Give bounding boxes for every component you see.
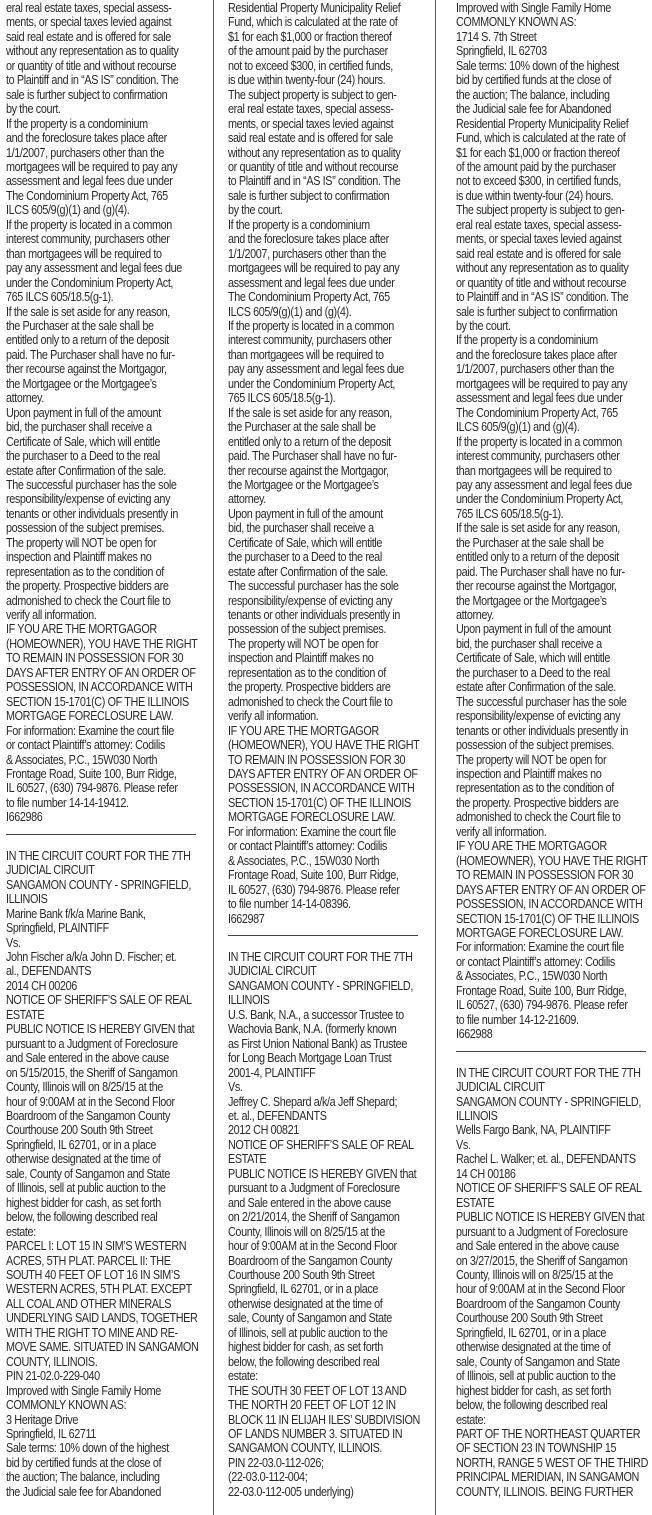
notice-line: County, Illinois will on 8/25/15 at the <box>6 1080 176 1094</box>
notice-line: below, the following described real <box>6 1210 176 1224</box>
notice-line: assessment and legal fees due under <box>456 391 619 405</box>
notice-line: mortgagees will be required to pay any <box>228 261 401 275</box>
notice-line: Frontage Road, Suite 100, Burr Ridge, <box>456 984 619 998</box>
notice-line: 1/1/2007, purchasers other than the <box>456 362 619 376</box>
notice-line: (HOMEOWNER), YOU HAVE THE RIGHT <box>228 738 401 752</box>
notice-line: ESTATE <box>228 1152 401 1166</box>
notice-line: WESTERN ACRES, 5TH PLAT. EXCEPT <box>6 1282 176 1296</box>
notice-line: Residential Property Municipality Relief <box>228 1 401 15</box>
notice-line: DAYS AFTER ENTRY OF AN ORDER OF <box>228 767 401 781</box>
notice-line: under the Condominium Property Act, <box>6 276 176 290</box>
notice-line: to file number 14-14-08396. <box>228 897 401 911</box>
notice-line: MORTGAGE FORECLOSURE LAW. <box>6 709 176 723</box>
notice-line: possession of the subject premises. <box>228 622 401 636</box>
notice-line: Boardroom of the Sangamon County <box>228 1254 401 1268</box>
notice-line: representation as to the condition of <box>228 666 401 680</box>
notice-line: & Associates, P.C., 15W030 North <box>456 969 619 983</box>
notice-line: ments, or special taxes levied against <box>228 117 401 131</box>
notice-line: IL 60527, (630) 794-9876. Please refer <box>456 998 619 1012</box>
notice-line: sale is further subject to confirmation <box>6 88 176 102</box>
notice-line: For information: Examine the court file <box>456 940 619 954</box>
notice-line: JUDICIAL CIRCUIT <box>456 1080 619 1094</box>
notice-line: If the property is a condominium <box>228 218 401 232</box>
notice-line: paid. The Purchaser shall have no fur- <box>456 565 619 579</box>
notice-line: Frontage Road, Suite 100, Burr Ridge, <box>228 868 401 882</box>
notice-line: highest bidder for cash, as set forth <box>456 1384 619 1398</box>
notice-line: verify all information. <box>456 825 619 839</box>
notice-line: THE SOUTH 30 FEET OF LOT 13 AND <box>228 1384 401 1398</box>
notice-line: hour of 9:00AM at in the Second Floor <box>228 1239 401 1253</box>
notice-line: If the sale is set aside for any reason, <box>456 521 619 535</box>
notice-line: The property will NOT be open for <box>6 536 176 550</box>
notice-line: the purchaser to a Deed to the real <box>6 449 176 463</box>
notice-line: pay any assessment and legal fees due <box>6 261 176 275</box>
notice-line: U.S. Bank, N.A., a successor Trustee to <box>228 1008 401 1022</box>
notice-line: ESTATE <box>6 1008 176 1022</box>
notice-line: The Condominium Property Act, 765 <box>228 290 401 304</box>
notice-line: tenants or other individuals presently i… <box>228 608 401 622</box>
notice-line: and the foreclosure takes place after <box>228 232 401 246</box>
notice-line: I662986 <box>6 810 176 824</box>
notice-line: to Plaintiff and in “AS IS” condition. T… <box>456 290 619 304</box>
notice-line: SECTION 15-1701(C) OF THE ILLINOIS <box>228 796 401 810</box>
notice-line: IF YOU ARE THE MORTGAGOR <box>6 622 176 636</box>
notice-line: THE NORTH 20 FEET OF LOT 12 IN <box>228 1398 401 1412</box>
notice-line: below, the following described real <box>228 1355 401 1369</box>
notice-line: otherwise designated at the time of <box>228 1297 401 1311</box>
notice-line: and the foreclosure takes place after <box>6 131 176 145</box>
notice-line: pursuant to a Judgment of Foreclosure <box>456 1225 619 1239</box>
notice-line: Springfield, PLAINTIFF <box>6 921 176 935</box>
notice-line: verify all information. <box>228 709 401 723</box>
notice-line: the Purchaser at the sale shall be <box>456 536 619 550</box>
notice-line: SANGAMON COUNTY, ILLINOIS. <box>228 1441 401 1455</box>
notice-line: pursuant to a Judgment of Foreclosure <box>228 1181 401 1195</box>
notice-line: the property. Prospective bidders are <box>228 680 401 694</box>
notice-line: or quantity of title and without recours… <box>228 160 401 174</box>
notice-line: IL 60527, (630) 794-9876. Please refer <box>6 781 176 795</box>
notice-line: estate after Confirmation of the sale. <box>6 464 176 478</box>
notice-line: possession of the subject premises. <box>6 521 176 535</box>
notice-line: on 5/15/2015, the Sheriff of Sangamon <box>6 1066 176 1080</box>
notice-line: the Mortgagee or the Mortgagee’s <box>228 478 401 492</box>
notice-line: paid. The Purchaser shall have no fur- <box>6 348 176 362</box>
notice-line: ther recourse against the Mortgagor, <box>6 362 176 376</box>
notice-line: POSSESSION, IN ACCORDANCE WITH <box>6 680 176 694</box>
notice-line: PARCEL I: LOT 15 IN SIM’S WESTERN <box>6 1239 176 1253</box>
notice-line: 2014 CH 00206 <box>6 979 176 993</box>
notice-line: pay any assessment and legal fees due <box>228 362 401 376</box>
notice-line: Vs. <box>228 1080 401 1094</box>
notice-line: OF LANDS NUMBER 3. SITUATED IN <box>228 1427 401 1441</box>
notice-line: Improved with Single Family Home <box>6 1384 176 1398</box>
notice-line: estate: <box>228 1369 401 1383</box>
notice-line: or contact Plaintiff’s attorney: Codilis <box>6 738 176 752</box>
notice-separator-rule <box>228 935 418 936</box>
notice-line: COMMONLY KNOWN AS: <box>6 1398 176 1412</box>
notice-line: The successful purchaser has the sole <box>456 695 619 709</box>
notice-line: The Condominium Property Act, 765 <box>6 189 176 203</box>
notice-line: For information: Examine the court file <box>228 825 401 839</box>
notice-line: The subject property is subject to gen- <box>228 88 401 102</box>
notice-line: SOUTH 40 FEET OF LOT 16 IN SIM’S <box>6 1268 176 1282</box>
notice-line: I662988 <box>456 1027 619 1041</box>
notice-line: SANGAMON COUNTY - SPRINGFIELD, <box>228 979 401 993</box>
notice-line: PRINCIPAL MERIDIAN, IN SANGAMON <box>456 1470 619 1484</box>
notice-line: IN THE CIRCUIT COURT FOR THE 7TH <box>456 1066 619 1080</box>
notice-line: Courthouse 200 South 9th Street <box>456 1311 619 1325</box>
notice-line: & Associates, P.C., 15W030 North <box>6 753 176 767</box>
notice-line: WITH THE RIGHT TO MINE AND RE- <box>6 1326 176 1340</box>
notice-line: entitled only to a return of the deposit <box>228 435 401 449</box>
notice-line: the property. Prospective bidders are <box>6 579 176 593</box>
notice-line: of Illinois, sell at public auction to t… <box>6 1181 176 1195</box>
notice-line: Wells Fargo Bank, NA, PLAINTIFF <box>456 1123 619 1137</box>
notice-line: IN THE CIRCUIT COURT FOR THE 7TH <box>228 950 401 964</box>
notice-line: mortgagees will be required to pay any <box>6 160 176 174</box>
notice-line: COUNTY, ILLINOIS. BEING FURTHER <box>456 1485 619 1499</box>
notice-line: to Plaintiff and in “AS IS” condition. T… <box>6 73 176 87</box>
notice-line: responsibility/expense of evicting any <box>6 492 176 506</box>
notice-line: al., DEFENDANTS <box>6 964 176 978</box>
notice-line: ILCS 605/9(g)(1) and (g)(4). <box>456 420 619 434</box>
notice-line: If the property is located in a common <box>456 435 619 449</box>
notice-line: highest bidder for cash, as set forth <box>6 1196 176 1210</box>
notice-line: possession of the subject premises. <box>456 738 619 752</box>
notice-line: (HOMEOWNER), YOU HAVE THE RIGHT <box>6 637 176 651</box>
notice-line: IF YOU ARE THE MORTGAGOR <box>228 724 401 738</box>
notice-line: NORTH, RANGE 5 WEST OF THE THIRD <box>456 1456 619 1470</box>
notice-line: COMMONLY KNOWN AS: <box>456 15 619 29</box>
notice-line: for Long Beach Mortgage Loan Trust <box>228 1051 401 1065</box>
notice-line: paid. The Purchaser shall have no fur- <box>228 449 401 463</box>
notice-line: entitled only to a return of the deposit <box>6 333 176 347</box>
notice-line: PIN 21-02.0-229-040 <box>6 1369 176 1383</box>
notice-line: the purchaser to a Deed to the real <box>228 550 401 564</box>
legal-notices-page: eral real estate taxes, special assess-m… <box>0 0 652 1515</box>
notice-line: SANGAMON COUNTY - SPRINGFIELD, <box>6 878 176 892</box>
notice-line: ments, or special taxes levied against <box>6 15 176 29</box>
notice-line: Springfield, IL 62711 <box>6 1427 176 1441</box>
notice-line: is due within twenty-four (24) hours. <box>456 189 619 203</box>
column-3: Improved with Single Family HomeCOMMONLY… <box>435 0 652 1515</box>
notice-line: assessment and legal fees due under <box>228 276 401 290</box>
notice-line: IN THE CIRCUIT COURT FOR THE 7TH <box>6 849 176 863</box>
notice-line: Rachel L. Walker; et. al., DEFENDANTS <box>456 1152 619 1166</box>
notice-line: John Fischer a/k/a John D. Fischer; et. <box>6 950 176 964</box>
notice-line: tenants or other individuals presently i… <box>6 507 176 521</box>
notice-line: pursuant to a Judgment of Foreclosure <box>6 1037 176 1051</box>
notice-line: ALL COAL AND OTHER MINERALS <box>6 1297 176 1311</box>
notice-line: of the amount paid by the purchaser <box>228 44 401 58</box>
notice-line: Upon payment in full of the amount <box>228 507 401 521</box>
notice-line: bid by certified funds at the close of <box>6 1456 176 1470</box>
notice-line: sale is further subject to confirmation <box>228 189 401 203</box>
notice-line: the auction; The balance, including <box>6 1470 176 1484</box>
notice-line: Courthouse 200 South 9th Street <box>6 1123 176 1137</box>
notice-line: representation as to the condition of <box>456 781 619 795</box>
notice-line: assessment and legal fees due under <box>6 174 176 188</box>
notice-line: highest bidder for cash, as set forth <box>228 1340 401 1354</box>
notice-line: SECTION 15-1701(C) OF THE ILLINOIS <box>456 912 619 926</box>
notice-line: and Sale entered in the above cause <box>456 1239 619 1253</box>
notice-line: admonished to check the Court file to <box>6 594 176 608</box>
notice-line: representation as to the condition of <box>6 565 176 579</box>
notice-line: to file number 14-14-19412. <box>6 796 176 810</box>
notice-line: NOTICE OF SHERIFF’S SALE OF REAL <box>456 1181 619 1195</box>
notice-line: 1/1/2007, purchasers other than the <box>228 247 401 261</box>
notice-line: Jeffrey C. Shepard a/k/a Jeff Shepard; <box>228 1095 401 1109</box>
notice-line: on 2/21/2014, the Sheriff of Sangamon <box>228 1210 401 1224</box>
notice-line: and Sale entered in the above cause <box>228 1196 401 1210</box>
notice-line: eral real estate taxes, special assess- <box>456 218 619 232</box>
notice-line: 765 ILCS 605/18.5(g-1). <box>456 507 619 521</box>
notice-line: of the amount paid by the purchaser <box>456 160 619 174</box>
notice-line: ILLINOIS <box>456 1109 619 1123</box>
notice-line: by the court. <box>456 319 619 333</box>
notice-line: Fund, which is calculated at the rate of <box>228 15 401 29</box>
notice-line: PUBLIC NOTICE IS HEREBY GIVEN that <box>456 1210 619 1224</box>
notice-line: sale, County of Sangamon and State <box>456 1355 619 1369</box>
notice-line: Residential Property Municipality Relief <box>456 117 619 131</box>
notice-line: attorney. <box>6 391 176 405</box>
notice-line: The successful purchaser has the sole <box>6 478 176 492</box>
notice-line: ments, or special taxes levied against <box>456 232 619 246</box>
notice-line: 1714 S. 7th Street <box>456 30 619 44</box>
notice-text-block: Residential Property Municipality Relief… <box>228 1 429 926</box>
notice-line: County, Illinois will on 8/25/15 at the <box>456 1268 619 1282</box>
notice-line: said real estate and is offered for sale <box>228 131 401 145</box>
notice-line: below, the following described real <box>456 1398 619 1412</box>
notice-line: The successful purchaser has the sole <box>228 579 401 593</box>
notice-line: POSSESSION, IN ACCORDANCE WITH <box>456 897 619 911</box>
notice-line: said real estate and is offered for sale <box>456 247 619 261</box>
notice-line: the Purchaser at the sale shall be <box>228 420 401 434</box>
notice-text-block: eral real estate taxes, special assess-m… <box>6 1 204 825</box>
notice-line: NOTICE OF SHERIFF’S SALE OF REAL <box>6 993 176 1007</box>
notice-line: verify all information. <box>6 608 176 622</box>
notice-line: DAYS AFTER ENTRY OF AN ORDER OF <box>6 666 176 680</box>
notice-line: IL 60527, (630) 794-9876. Please refer <box>228 883 401 897</box>
notice-line: otherwise designated at the time of <box>6 1152 176 1166</box>
notice-line: inspection and Plaintiff makes no <box>6 550 176 564</box>
notice-line: The subject property is subject to gen- <box>456 203 619 217</box>
notice-line: the Judicial sale fee for Abandoned <box>456 102 619 116</box>
notice-line: County, Illinois will on 8/25/15 at the <box>228 1225 401 1239</box>
notice-line: bid, the purchaser shall receive a <box>6 420 176 434</box>
notice-line: estate: <box>456 1413 619 1427</box>
notice-line: by the court. <box>6 102 176 116</box>
notice-line: than mortgagees will be required to <box>6 247 176 261</box>
notice-line: or contact Plaintiff’s attorney: Codilis <box>456 955 619 969</box>
notice-line: TO REMAIN IN POSSESSION FOR 30 <box>228 753 401 767</box>
notice-line: 765 ILCS 605/18.5(g-1). <box>228 391 401 405</box>
notice-line: Wachovia Bank, N.A. (formerly known <box>228 1022 401 1036</box>
notice-line: ACRES, 5TH PLAT. PARCEL II: THE <box>6 1254 176 1268</box>
notice-text-block: IN THE CIRCUIT COURT FOR THE 7THJUDICIAL… <box>6 849 204 1499</box>
notice-line: to Plaintiff and in “AS IS” condition. T… <box>228 174 401 188</box>
notice-line: UNDERLYING SAID LANDS, TOGETHER <box>6 1311 176 1325</box>
notice-line: under the Condominium Property Act, <box>228 377 401 391</box>
notice-line: MOVE SAME. SITUATED IN SANGAMON <box>6 1340 176 1354</box>
notice-line: the Mortgagee or the Mortgagee’s <box>6 377 176 391</box>
notice-line: the Purchaser at the sale shall be <box>6 319 176 333</box>
notice-line: PIN 22-03.0-112-026; <box>228 1456 401 1470</box>
notice-line: Boardroom of the Sangamon County <box>456 1297 619 1311</box>
notice-line: by the court. <box>228 203 401 217</box>
notice-line: the auction; The balance, including <box>456 88 619 102</box>
notice-line: otherwise designated at the time of <box>456 1340 619 1354</box>
notice-line: hour of 9:00AM at in the Second Floor <box>456 1282 619 1296</box>
notice-line: 1/1/2007, purchasers other than the <box>6 146 176 160</box>
notice-line: BLOCK 11 IN ELIJAH ILES’ SUBDIVISION <box>228 1413 401 1427</box>
notice-line: to file number 14-12-21609. <box>456 1013 619 1027</box>
notice-line: Improved with Single Family Home <box>456 1 619 15</box>
notice-line: without any representation as to quality <box>456 261 619 275</box>
notice-line: SECTION 15-1701(C) OF THE ILLINOIS <box>6 695 176 709</box>
notice-line: Sale terms: 10% down of the highest <box>456 59 619 73</box>
notice-line: If the property is a condominium <box>6 117 176 131</box>
notice-line: mortgagees will be required to pay any <box>456 377 619 391</box>
notice-line: The property will NOT be open for <box>456 753 619 767</box>
notice-line: Certificate of Sale, which will entitle <box>6 435 176 449</box>
notice-text-block: IN THE CIRCUIT COURT FOR THE 7THJUDICIAL… <box>228 950 429 1499</box>
notice-line: ther recourse against the Mortgagor, <box>228 464 401 478</box>
notice-line: Sale terms: 10% down of the highest <box>6 1441 176 1455</box>
notice-line: Marine Bank f/k/a Marine Bank, <box>6 907 176 921</box>
notice-line: 2012 CH 00821 <box>228 1123 401 1137</box>
notice-line: estate: <box>6 1225 176 1239</box>
notice-line: If the property is a condominium <box>456 333 619 347</box>
notice-line: If the sale is set aside for any reason, <box>6 305 176 319</box>
notice-line: Courthouse 200 South 9th Street <box>228 1268 401 1282</box>
notice-line: PUBLIC NOTICE IS HEREBY GIVEN that <box>6 1022 176 1036</box>
notice-line: or quantity of title and without recours… <box>6 59 176 73</box>
column-1: eral real estate taxes, special assess-m… <box>0 0 212 1515</box>
notice-line: than mortgagees will be required to <box>456 464 619 478</box>
notice-line: Boardroom of the Sangamon County <box>6 1109 176 1123</box>
notice-line: pay any assessment and legal fees due <box>456 478 619 492</box>
notice-line: or quantity of title and without recours… <box>456 276 619 290</box>
notice-line: the property. Prospective bidders are <box>456 796 619 810</box>
notice-line: et. al., DEFENDANTS <box>228 1109 401 1123</box>
notice-line: sale, County of Sangamon and State <box>6 1167 176 1181</box>
notice-line: without any representation as to quality <box>228 146 401 160</box>
notice-line: tenants or other individuals presently i… <box>456 724 619 738</box>
notice-line: POSSESSION, IN ACCORDANCE WITH <box>228 781 401 795</box>
notice-text-block: IN THE CIRCUIT COURT FOR THE 7THJUDICIAL… <box>456 1066 646 1500</box>
notice-line: ILLINOIS <box>228 993 401 1007</box>
notice-line: Vs. <box>456 1138 619 1152</box>
notice-line: and Sale entered in the above cause <box>6 1051 176 1065</box>
notice-line: and the foreclosure takes place after <box>456 348 619 362</box>
notice-line: entitled only to a return of the deposit <box>456 550 619 564</box>
notice-line: estate after Confirmation of the sale. <box>228 565 401 579</box>
notice-line: Certificate of Sale, which will entitle <box>228 536 401 550</box>
notice-line: If the sale is set aside for any reason, <box>228 406 401 420</box>
notice-line: the purchaser to a Deed to the real <box>456 666 619 680</box>
notice-line: not to exceed $300, in certified funds, <box>456 174 619 188</box>
notice-line: eral real estate taxes, special assess- <box>228 102 401 116</box>
notice-line: the Mortgagee or the Mortgagee’s <box>456 594 619 608</box>
notice-line: Frontage Road, Suite 100, Burr Ridge, <box>6 767 176 781</box>
notice-line: responsibility/expense of evicting any <box>456 709 619 723</box>
notice-line: Fund, which is calculated at the rate of <box>456 131 619 145</box>
notice-line: attorney. <box>228 492 401 506</box>
notice-line: of Illinois, sell at public auction to t… <box>456 1369 619 1383</box>
notice-line: ILLINOIS <box>6 892 176 906</box>
notice-line: Upon payment in full of the amount <box>6 406 176 420</box>
notice-line: & Associates, P.C., 15W030 North <box>228 854 401 868</box>
notice-line: 14 CH 00186 <box>456 1167 619 1181</box>
notice-line: (22-03.0-112-004; <box>228 1470 401 1484</box>
notice-line: Certificate of Sale, which will entitle <box>456 651 619 665</box>
notice-line: MORTGAGE FORECLOSURE LAW. <box>456 926 619 940</box>
notice-line: 765 ILCS 605/18.5(g-1). <box>6 290 176 304</box>
notice-line: For information: Examine the court file <box>6 724 176 738</box>
notice-line: I662987 <box>228 912 401 926</box>
notice-line: estate after Confirmation of the sale. <box>456 680 619 694</box>
notice-line: hour of 9:00AM at in the Second Floor <box>6 1095 176 1109</box>
notice-line: bid, the purchaser shall receive a <box>228 521 401 535</box>
notice-line: NOTICE OF SHERIFF’S SALE OF REAL <box>228 1138 401 1152</box>
notice-line: bid by certified funds at the close of <box>456 73 619 87</box>
notice-line: interest community, purchasers other <box>456 449 619 463</box>
notice-line: JUDICIAL CIRCUIT <box>228 964 401 978</box>
notice-line: ILCS 605/9(g)(1) and (g)(4). <box>228 305 401 319</box>
notice-line: If the property is located in a common <box>228 319 401 333</box>
column-2: Residential Property Municipality Relief… <box>213 0 435 1515</box>
notice-line: is due within twenty-four (24) hours. <box>228 73 401 87</box>
notice-line: inspection and Plaintiff makes no <box>456 767 619 781</box>
notice-line: JUDICIAL CIRCUIT <box>6 863 176 877</box>
notice-line: interest community, purchasers other <box>6 232 176 246</box>
notice-line: OF SECTION 23 IN TOWNSHIP 15 <box>456 1441 619 1455</box>
notice-line: If the property is located in a common <box>6 218 176 232</box>
notice-line: Vs. <box>6 936 176 950</box>
notice-line: under the Condominium Property Act, <box>456 492 619 506</box>
notice-line: of Illinois, sell at public auction to t… <box>228 1326 401 1340</box>
notice-line: interest community, purchasers other <box>228 333 401 347</box>
notice-line: as First Union National Bank) as Trustee <box>228 1037 401 1051</box>
notice-line: IF YOU ARE THE MORTGAGOR <box>456 839 619 853</box>
notice-line: PART OF THE NORTHEAST QUARTER <box>456 1427 619 1441</box>
notice-line: Springfield, IL 62703 <box>456 44 619 58</box>
notice-line: admonished to check the Court file to <box>456 810 619 824</box>
notice-line: not to exceed $300, in certified funds, <box>228 59 401 73</box>
notice-line: eral real estate taxes, special assess- <box>6 1 176 15</box>
notice-line: or contact Plaintiff’s attorney: Codilis <box>228 839 401 853</box>
notice-line: without any representation as to quality <box>6 44 176 58</box>
notice-line: bid, the purchaser shall receive a <box>456 637 619 651</box>
notice-line: 2001-4, PLAINTIFF <box>228 1066 401 1080</box>
notice-separator-rule <box>456 1051 646 1052</box>
notice-line: than mortgagees will be required to <box>228 348 401 362</box>
notice-line: TO REMAIN IN POSSESSION FOR 30 <box>456 868 619 882</box>
notice-line: on 3/27/2015, the Sheriff of Sangamon <box>456 1254 619 1268</box>
notice-line: the Judicial sale fee for Abandoned <box>6 1485 176 1499</box>
notice-line: TO REMAIN IN POSSESSION FOR 30 <box>6 651 176 665</box>
notice-line: sale is further subject to confirmation <box>456 305 619 319</box>
notice-line: PUBLIC NOTICE IS HEREBY GIVEN that <box>228 1167 401 1181</box>
notice-line: sale, County of Sangamon and State <box>228 1311 401 1325</box>
notice-line: 3 Heritage Drive <box>6 1413 176 1427</box>
notice-line: SANGAMON COUNTY - SPRINGFIELD, <box>456 1095 619 1109</box>
notice-line: $1 for each $1,000 or fraction thereof <box>228 30 401 44</box>
notice-line: 22-03.0-112-005 underlying) <box>228 1485 401 1499</box>
notice-line: responsibility/expense of evicting any <box>228 594 401 608</box>
notice-line: (HOMEOWNER), YOU HAVE THE RIGHT <box>456 854 619 868</box>
